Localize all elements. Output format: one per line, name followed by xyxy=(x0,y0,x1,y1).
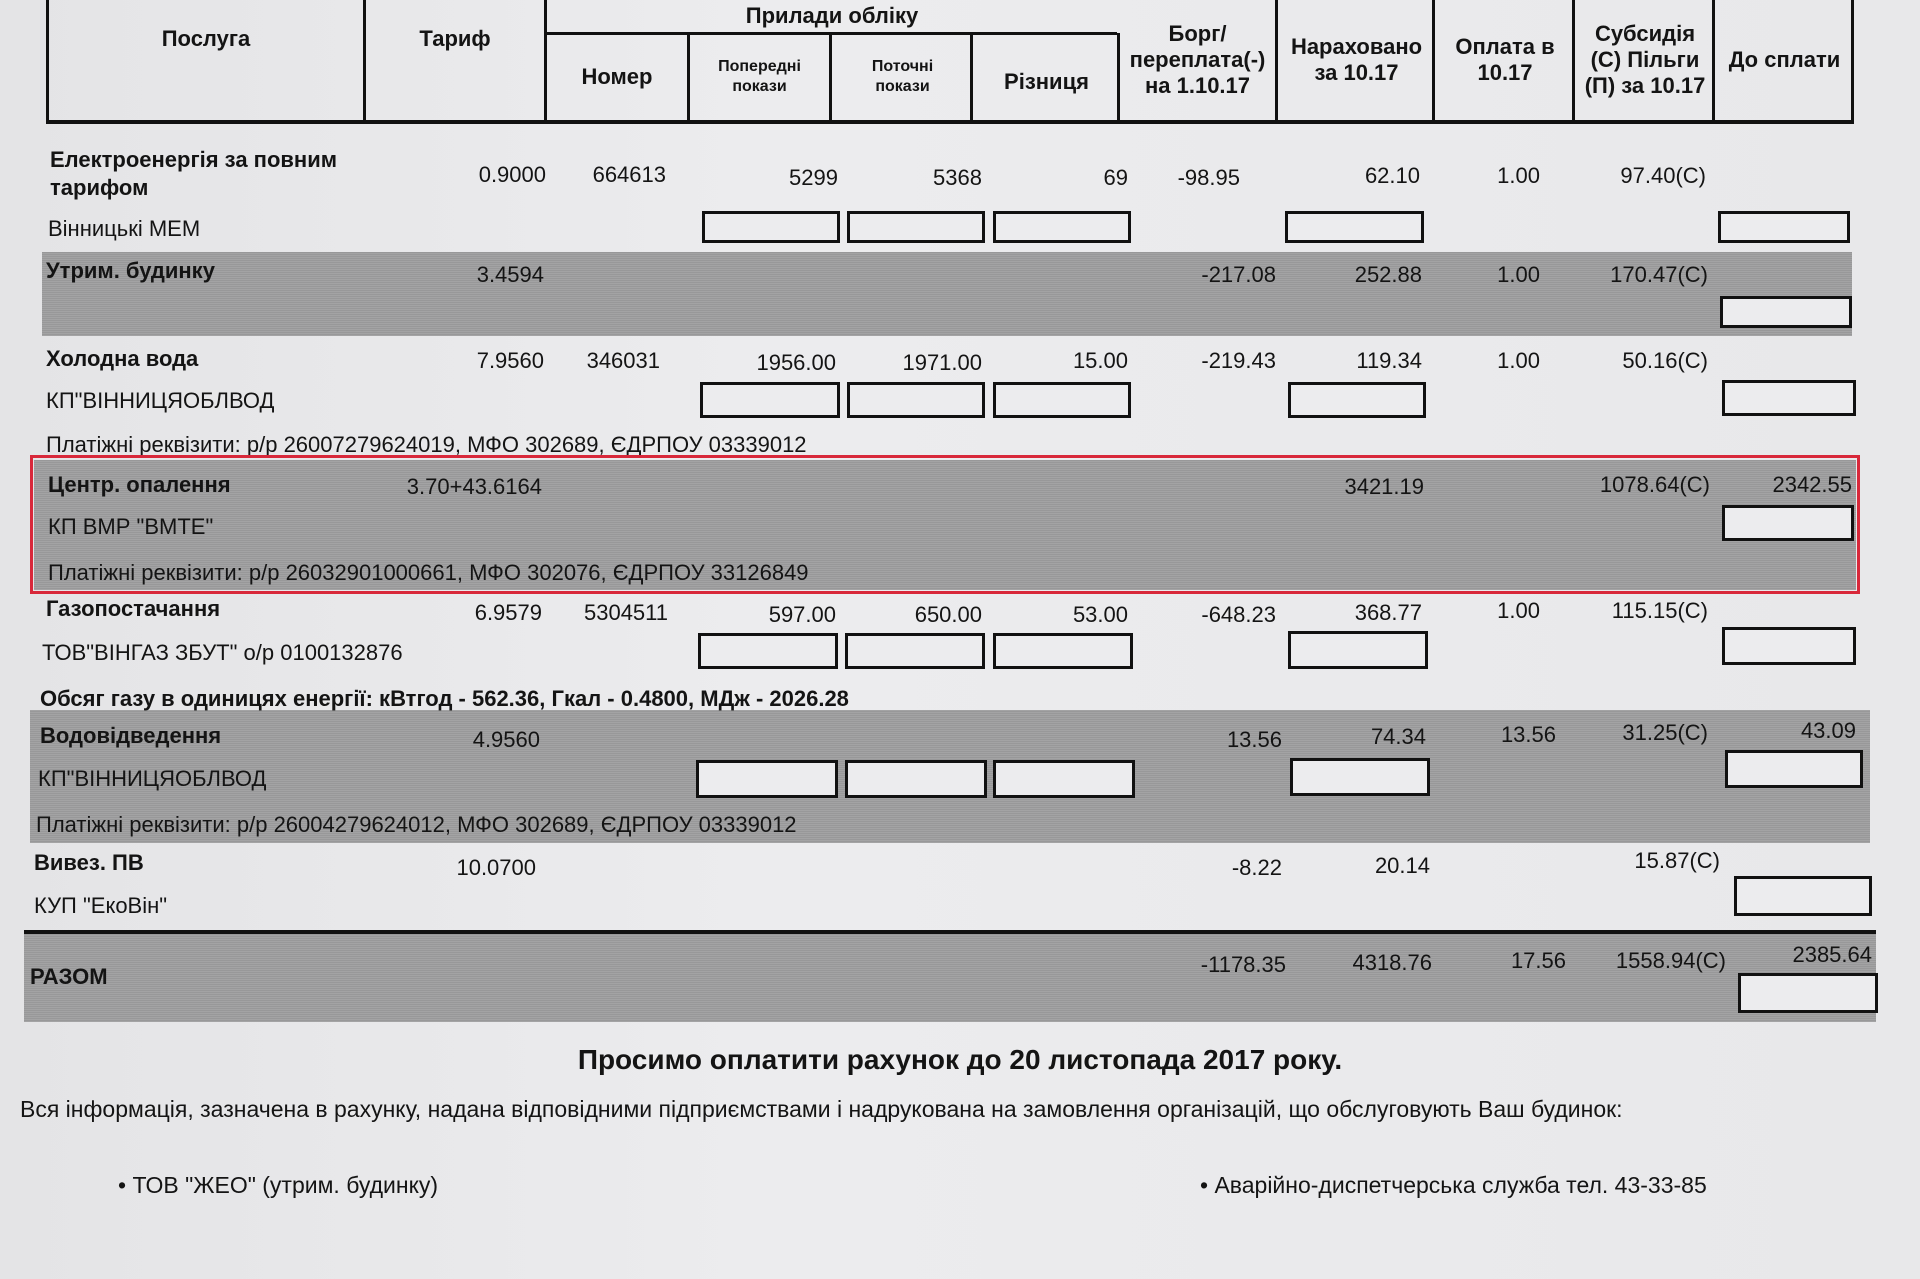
curr-reading: 5368 xyxy=(840,165,982,191)
to-pay-input[interactable] xyxy=(1722,627,1856,665)
charged-input[interactable] xyxy=(1288,382,1426,418)
service-name: Газопостачання xyxy=(46,596,220,622)
difference: 15.00 xyxy=(980,348,1128,374)
charged: 74.34 xyxy=(1270,724,1426,750)
tariff-value: 6.9579 xyxy=(440,600,542,626)
service-name: Утрим. будинку xyxy=(46,258,215,284)
to-pay-input[interactable] xyxy=(1720,296,1852,328)
header-meters-group: Прилади обліку xyxy=(547,0,1117,35)
header-debt: Борг/ переплата(-) на 1.10.17 xyxy=(1120,0,1278,120)
provider-name: ТОВ"ВІНГАЗ ЗБУТ" о/р 0100132876 xyxy=(42,640,403,666)
subsidy: 97.40(С) xyxy=(1560,163,1706,189)
header-prev-reading: Попередні покази xyxy=(690,33,832,120)
total-debt: -1178.35 xyxy=(1130,952,1286,978)
subsidy: 115.15(С) xyxy=(1560,598,1708,624)
header-charged: Нараховано за 10.17 xyxy=(1281,0,1435,120)
difference-input[interactable] xyxy=(993,633,1133,669)
paid: 1.00 xyxy=(1430,598,1540,624)
prev-reading-input[interactable] xyxy=(702,211,840,243)
highlight-frame xyxy=(30,455,1860,594)
prev-reading-input[interactable] xyxy=(696,760,838,798)
charged: 252.88 xyxy=(1270,262,1422,288)
provider-name: КУП "ЕкоВін" xyxy=(34,893,167,919)
subsidy: 50.16(С) xyxy=(1560,348,1708,374)
info-note: Вся інформація, зазначена в рахунку, над… xyxy=(20,1096,1623,1123)
provider-name: Вінницькі МЕМ xyxy=(48,216,200,242)
prev-reading: 1956.00 xyxy=(700,350,836,376)
provider-name: КП"ВІННИЦЯОБЛВОД xyxy=(46,388,274,414)
meter-number: 664613 xyxy=(560,162,666,188)
table-header: Послуга Тариф Прилади обліку Номер Попер… xyxy=(46,0,1854,124)
difference-input[interactable] xyxy=(993,211,1131,243)
debt: 13.56 xyxy=(1130,727,1282,753)
to-pay-input[interactable] xyxy=(1725,750,1863,788)
debt: -8.22 xyxy=(1130,855,1282,881)
paid: 1.00 xyxy=(1430,163,1540,189)
prev-reading-input[interactable] xyxy=(698,633,838,669)
to-pay-input[interactable] xyxy=(1734,876,1872,916)
service-name: Холодна вода xyxy=(46,346,198,372)
total-to-pay: 2385.64 xyxy=(1720,942,1872,968)
header-paid: Оплата в 10.17 xyxy=(1438,0,1575,120)
paid: 1.00 xyxy=(1430,262,1540,288)
total-to-pay-input[interactable] xyxy=(1738,973,1878,1013)
meter-number: 346031 xyxy=(560,348,660,374)
org-zheo: • ТОВ "ЖЕО" (утрим. будинку) xyxy=(118,1172,438,1199)
charged-input[interactable] xyxy=(1285,211,1424,243)
tariff-value: 4.9560 xyxy=(440,727,540,753)
utility-bill-page: Послуга Тариф Прилади обліку Номер Попер… xyxy=(0,0,1920,1279)
gas-energy-volume: Обсяг газу в одиницях енергії: кВтгод - … xyxy=(40,686,849,712)
charged: 368.77 xyxy=(1270,600,1422,626)
tariff-value: 7.9560 xyxy=(440,348,544,374)
charged-input[interactable] xyxy=(1288,631,1428,669)
to-pay: 43.09 xyxy=(1720,718,1856,744)
tariff-value: 10.0700 xyxy=(400,855,536,881)
debt: -98.95 xyxy=(1130,165,1240,191)
service-name: Водовідведення xyxy=(40,723,221,749)
meter-number: 5304511 xyxy=(560,600,668,626)
to-pay-input[interactable] xyxy=(1722,380,1856,416)
header-meter-number: Номер xyxy=(547,33,690,120)
header-difference: Різниця xyxy=(976,33,1120,120)
header-to-pay: До сплати xyxy=(1718,0,1851,120)
debt: -219.43 xyxy=(1130,348,1276,374)
paid: 1.00 xyxy=(1430,348,1540,374)
total-charged: 4318.76 xyxy=(1270,950,1432,976)
prev-reading: 5299 xyxy=(700,165,838,191)
header-service: Послуга xyxy=(49,0,366,120)
payment-deadline: Просимо оплатити рахунок до 20 листопада… xyxy=(0,1044,1920,1076)
prev-reading-input[interactable] xyxy=(700,382,840,418)
header-subsidy: Субсидія (С) Пільги (П) за 10.17 xyxy=(1578,0,1715,120)
service-name: Вивез. ПВ xyxy=(34,850,144,876)
total-subsidy: 1558.94(С) xyxy=(1560,948,1726,974)
difference: 53.00 xyxy=(980,602,1128,628)
curr-reading-input[interactable] xyxy=(845,633,985,669)
paid: 13.56 xyxy=(1430,722,1556,748)
curr-reading-input[interactable] xyxy=(847,211,985,243)
to-pay-input[interactable] xyxy=(1718,211,1850,243)
subsidy: 15.87(С) xyxy=(1560,848,1720,874)
curr-reading-input[interactable] xyxy=(847,382,985,418)
curr-reading-input[interactable] xyxy=(845,760,987,798)
difference-input[interactable] xyxy=(993,760,1135,798)
debt: -648.23 xyxy=(1130,602,1276,628)
debt: -217.08 xyxy=(1130,262,1276,288)
curr-reading: 650.00 xyxy=(840,602,982,628)
charged: 119.34 xyxy=(1270,348,1422,374)
tariff-value: 0.9000 xyxy=(440,162,546,188)
charged: 20.14 xyxy=(1270,853,1430,879)
curr-reading: 1971.00 xyxy=(840,350,982,376)
difference: 69 xyxy=(980,165,1128,191)
service-name: Електроенергія за повним тарифом xyxy=(50,146,390,202)
prev-reading: 597.00 xyxy=(700,602,836,628)
subsidy: 170.47(С) xyxy=(1560,262,1708,288)
difference-input[interactable] xyxy=(993,382,1131,418)
emergency-service: • Аварійно-диспетчерська служба тел. 43-… xyxy=(1200,1172,1707,1199)
provider-name: КП"ВІННИЦЯОБЛВОД xyxy=(38,766,266,792)
payment-details: Платіжні реквізити: р/р 26004279624012, … xyxy=(36,812,797,838)
header-tariff: Тариф xyxy=(366,0,547,120)
tariff-value: 3.4594 xyxy=(440,262,544,288)
subsidy: 31.25(С) xyxy=(1560,720,1708,746)
total-label: РАЗОМ xyxy=(30,964,108,990)
header-curr-reading: Поточні покази xyxy=(835,33,973,120)
charged-input[interactable] xyxy=(1290,758,1430,796)
total-paid: 17.56 xyxy=(1430,948,1566,974)
total-separator xyxy=(24,930,1876,934)
charged: 62.10 xyxy=(1270,163,1420,189)
